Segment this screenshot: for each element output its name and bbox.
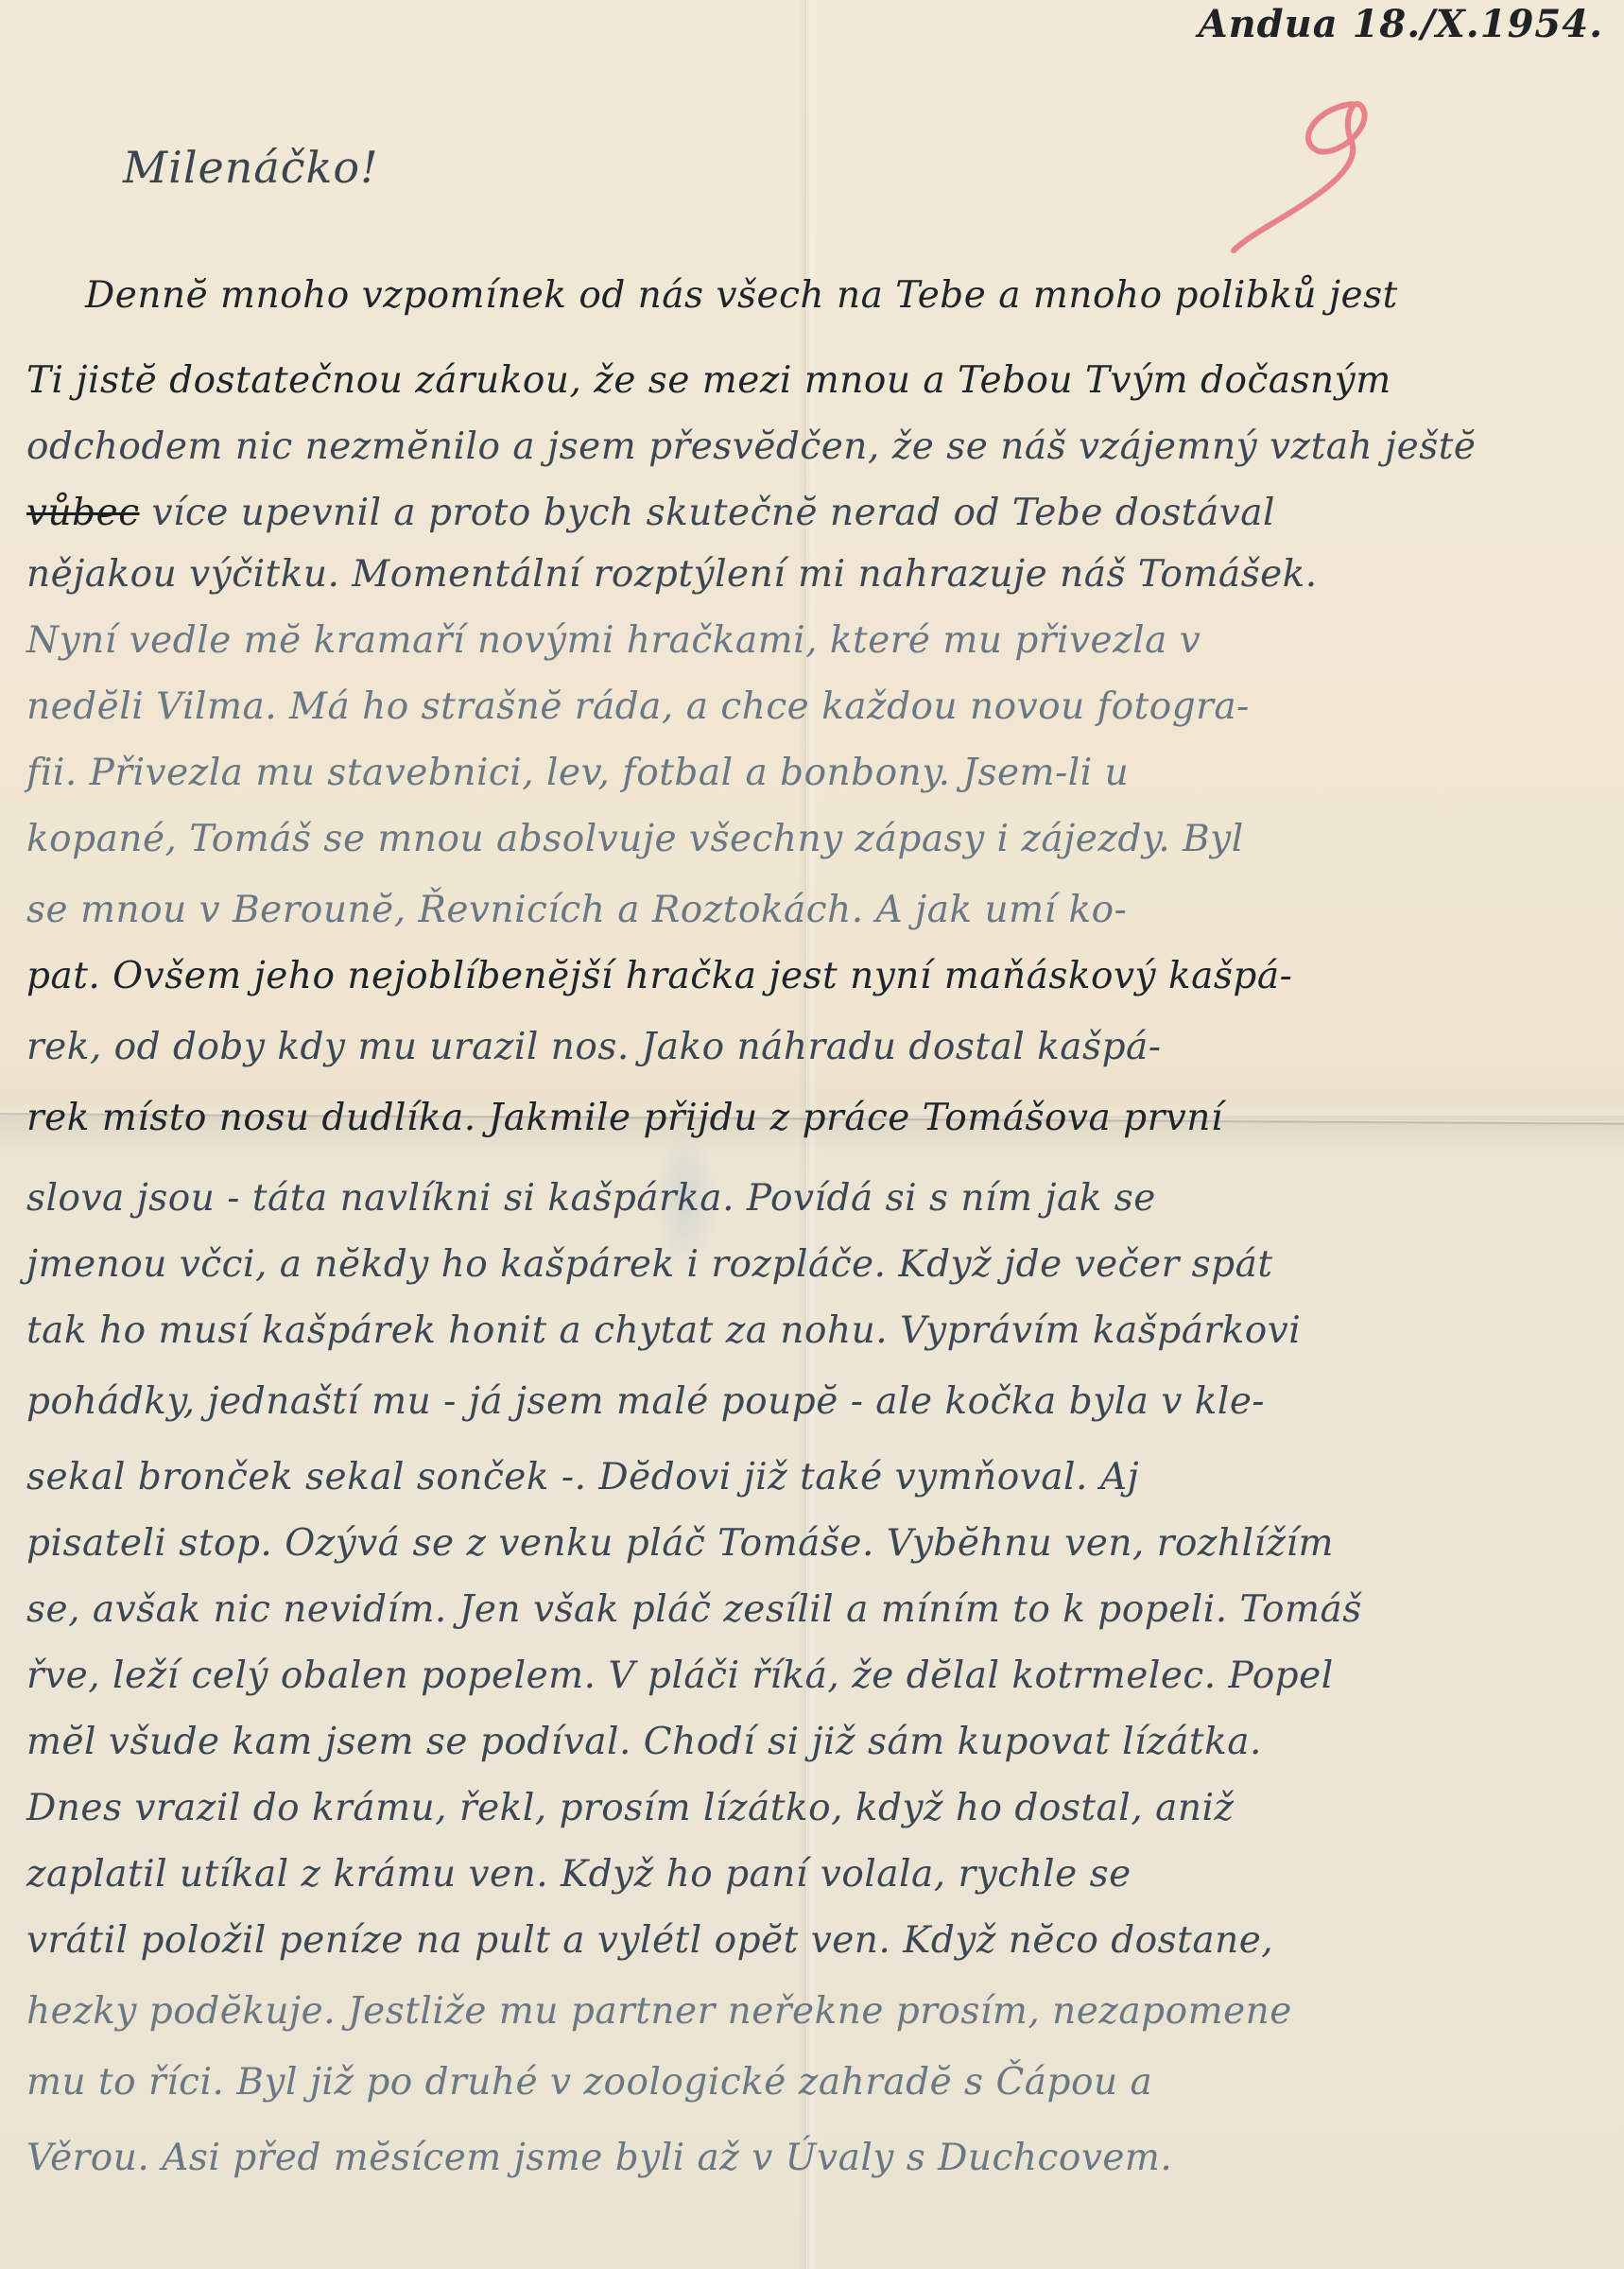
letter-line: Věrou. Asi před mĕsícem jsme byli až v Ú…	[26, 2137, 1605, 2179]
letter-line: slova jsou - táta navlíkni si kašpárka. …	[26, 1177, 1605, 1220]
letter-line: rek, od doby kdy mu urazil nos. Jako náh…	[26, 1026, 1605, 1068]
letter-line: fii. Přivezla mu stavebnici, lev, fotbal…	[26, 752, 1605, 794]
letter-page: Andua 18./X.1954. Milenáčko! Dennĕ mnoho…	[0, 0, 1624, 2269]
letter-line: se mnou v Berounĕ, Řevnicích a Roztokách…	[26, 889, 1605, 931]
letter-line: zaplatil utíkal z krámu ven. Když ho pan…	[26, 1853, 1605, 1896]
red-pencil-mark-icon	[1210, 85, 1418, 255]
letter-line: vrátil položil peníze na pult a vylétl o…	[26, 1919, 1605, 1962]
letter-line: Ti jistĕ dostatečnou zárukou, že se mezi…	[26, 359, 1605, 402]
letter-line: se, avšak nic nevidím. Jen však pláč zes…	[26, 1588, 1605, 1631]
letter-line: pohádky, jednaští mu - já jsem malé poup…	[26, 1380, 1605, 1423]
letter-line: Dnes vrazil do krámu, řekl, prosím lízát…	[26, 1787, 1605, 1829]
letter-line: tak ho musí kašpárek honit a chytat za n…	[26, 1309, 1605, 1352]
letter-line: nedĕli Vilma. Má ho strašnĕ ráda, a chce…	[26, 685, 1605, 728]
letter-line: mĕl všude kam jsem se podíval. Chodí si …	[26, 1721, 1605, 1763]
letter-line: vůbec více upevnil a proto bych skutečnĕ…	[26, 492, 1605, 534]
letter-line: sekal bronček sekal sonček -. Dĕdovi již…	[26, 1456, 1605, 1498]
letter-line: řve, leží celý obalen popelem. V pláči ř…	[26, 1654, 1605, 1697]
letter-line: rek místo nosu dudlíka. Jakmile přijdu z…	[26, 1097, 1605, 1139]
letter-line: mu to říci. Byl již po druhé v zoologick…	[26, 2061, 1605, 2104]
letter-line: jmenou včci, a nĕkdy ho kašpárek i rozpl…	[26, 1243, 1605, 1286]
letter-line: pisateli stop. Ozývá se z venku pláč Tom…	[26, 1522, 1605, 1565]
salutation: Milenáčko!	[123, 142, 379, 193]
struck-word: vůbec	[26, 492, 140, 534]
place-and-date: Andua 18./X.1954.	[1199, 2, 1603, 46]
letter-line: pat. Ovšem jeho nejoblíbenĕjší hračka je…	[26, 955, 1605, 997]
letter-line: hezky podĕkuje. Jestliže mu partner neře…	[26, 1990, 1605, 2033]
letter-line: nějakou výčitku. Momentální rozptýlení m…	[26, 553, 1605, 596]
letter-line-text: více upevnil a proto bych skutečnĕ nerad…	[151, 492, 1275, 534]
letter-line: kopané, Tomáš se mnou absolvuje všechny …	[26, 818, 1605, 860]
letter-line: Dennĕ mnoho vzpomínek od nás všech na Te…	[85, 274, 1624, 317]
letter-line: Nyní vedle mĕ kramaří novými hračkami, k…	[26, 619, 1605, 662]
letter-line: odchodem nic nezmĕnilo a jsem přesvĕdčen…	[26, 425, 1605, 468]
